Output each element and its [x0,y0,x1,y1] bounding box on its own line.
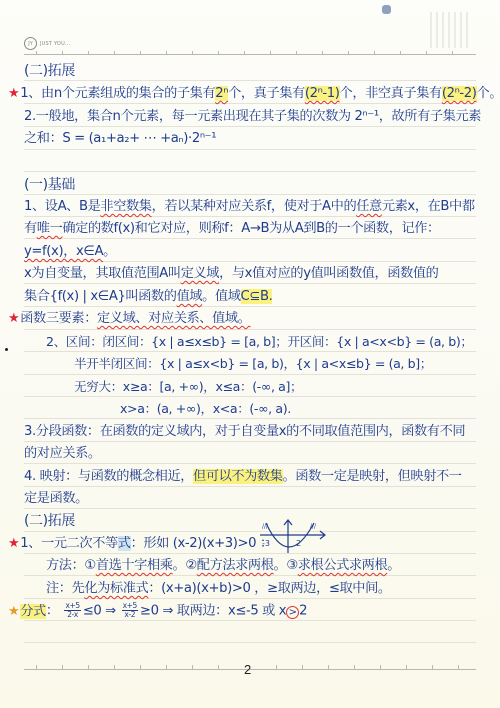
ruler-tick [192,665,193,669]
step-number: ② [185,558,196,573]
mapping-line-2: 定是函数。 [24,490,484,508]
ruler-tick [218,51,219,55]
item-label: 方法： [46,558,84,573]
ruler-tick [426,51,427,55]
highlight-proper-subsets: (2ⁿ-1) [305,86,340,101]
item-label: 注：先 [46,581,84,596]
method-step: 求根公式求两根 [298,558,388,573]
circled-symbol: > [286,606,299,619]
ruler-tick [276,665,277,669]
page-number: 2 [244,662,251,677]
method-step: 配方法求两根 [197,558,274,573]
ruled-line [24,441,476,442]
domain-definition-line-2: 集合{f(x) | x∈A}叫函数的值域。值域C⊆B. [24,288,484,306]
ruled-line [24,149,476,150]
item-text: ：(x+a)(x+b)>0 ，≥取两边，≤取中间。 [148,581,390,596]
fraction-inequality-line: ★分式： x+52-x≤0 ⇒ x+5x-2≥0 ⇒ 取两边：x≤-5 或 x>… [8,602,468,621]
item-text: 。值域 [202,289,240,304]
underlined-term: 唯一 [37,221,63,236]
ruler-tick [322,51,323,55]
item-text: 个，非空真子集有 [340,86,442,101]
item-text: 1、一元二次不等 [20,536,118,551]
ruler-tick [400,51,401,55]
separator: 。 [274,558,287,573]
ruler-tick [380,665,381,669]
highlight-blue: 式 [118,536,131,551]
subset-sum-item: 2.一般地，集合n个元素，每一元素出现在其子集的次数为 2ⁿ⁻¹，故所有子集元素 [24,108,484,126]
ruler-tick [354,665,355,669]
function-notation: y=f(x)，x∈A。 [24,243,484,261]
ruler-tick [36,51,37,55]
ruler-tick [62,51,63,55]
intervals-line-2: 半开半闭区间：{x | a≤x<b} = [a, b)，{x | a<x≤b} … [74,355,500,373]
ruler-tick [458,665,459,669]
svg-text:2: 2 [296,539,301,548]
fraction-2: x+5x-2 [122,602,138,619]
star-icon: ★ [8,604,19,619]
item-text: 有 [24,221,37,236]
header-rule [24,54,476,55]
quadratic-inequality-line: ★1、一元二次不等式：形如 (x-2)(x+3)>0 ： [8,535,468,553]
ruler-tick [296,51,297,55]
ruled-line [24,374,476,375]
item-label: 函数三要素： [20,311,97,326]
fraction-1: x+52-x [64,602,80,619]
ruler-tick [348,51,349,55]
item-text: ，若以某种对应关系f，使对于A中的 [152,199,357,214]
highlight-range-subset: C⊆B. [241,289,273,304]
ruler-tick [166,51,167,55]
mapping-line-1: 4. 映射：与函数的概念相近，但可以不为数集。函数一定是映射，但映射不一 [24,468,484,486]
ruled-line [24,598,476,599]
ruled-line [24,396,476,397]
ruler-tick [88,665,89,669]
highlight-subsets: 2ⁿ [215,86,228,101]
item-text: 。函数一定是映射，但映射不一 [283,469,462,484]
section-heading-extension-2: (二)拓展 [24,512,484,530]
intervals-line-4: x>a：(a, +∞)，x<a：(-∞, a). [120,400,500,418]
ruler-tick [270,51,271,55]
fraction-denominator: x-2 [122,611,138,619]
item-text: 确定的数f(x)和它对应，则称f：A→B为从A到B的一个函数，记作： [62,221,439,236]
ruled-line [24,463,476,464]
ruled-line [24,306,476,307]
item-text: ≥0 ⇒ 取两边：x≤-5 或 x [140,604,286,619]
ruled-line [24,238,476,239]
highlight-fraction-label: 分式 [20,604,46,619]
item-text: 个，真子集有 [228,86,305,101]
brand-text: JUST YOU... [40,41,70,47]
ruled-line [24,351,476,352]
separator: 。 [173,558,186,573]
piecewise-line-2: 的对应关系。 [24,445,484,463]
fraction-denominator: 2-x [64,611,80,619]
notebook-page: JY JUST YOU... (二)拓展 ★1、由n个元素组成的集合的子集有2ⁿ… [0,0,500,708]
underlined-term: 定义域、对应关系、值域。 [97,311,250,326]
underlined-term: 值域 [177,289,203,304]
piecewise-line-1: 3.分段函数：在函数的定义域内，对于自变量x的不同取值范围内，函数有不同 [24,423,484,441]
ruler-tick [166,665,167,669]
ruler-tick [114,51,115,55]
star-icon: ★ [8,311,19,326]
item-text: 由n个元素组成的集合的子集有 [41,86,215,101]
underlined-term: 化为标准式 [84,581,148,596]
ruled-line [24,575,476,576]
intervals-line-1: 2、区间：闭区间：{x | a≤x≤b} = [a, b]；开区间：{x | a… [46,333,500,351]
ruled-line [24,103,476,104]
separator: 。 [387,558,400,573]
step-number: ① [84,558,95,573]
star-icon: ★ [8,536,19,551]
ruled-line [24,171,476,172]
underlined-term: 非空数集 [100,199,151,214]
ruled-line [24,418,476,419]
ruler-tick [140,665,141,669]
item-text: ：形如 (x-2)(x+3)>0 ： [131,536,273,551]
ruled-line [24,283,476,284]
ruler-tick [218,665,219,669]
ruler-tick [432,665,433,669]
ruler-tick [88,51,89,55]
svg-text:///: /// [262,523,269,530]
domain-definition-line-1: x为自变量，其取值范围A叫定义域，与x值对应的y值叫函数值，函数值的 [24,265,484,283]
three-elements-line: ★函数三要素：定义域、对应关系、值域。 [8,310,468,328]
notebook-brand: JY JUST YOU... [24,37,70,50]
ruler-tick [36,665,37,669]
margin-dot [5,348,8,351]
highlight-nonempty-proper-subsets: (2ⁿ-2) [442,86,477,101]
item-text: 个。 [477,86,500,101]
item-number: 1、 [20,86,41,101]
function-definition-line-2: 有唯一确定的数f(x)和它对应，则称f：A→B为从A到B的一个函数，记作： [24,220,484,238]
ruled-line [24,126,476,127]
subset-count-item: ★1、由n个元素组成的集合的子集有2ⁿ个，真子集有(2ⁿ-1)个，非空真子集有(… [8,85,468,103]
separator: ： [46,604,59,619]
ink-smudge [382,5,391,14]
subset-sum-formula: 之和：S = (a₁+a₂+ ⋯ +aₙ)·2ⁿ⁻¹ [24,130,484,148]
function-formula: y=f(x)，x∈A [24,244,103,259]
step-number: ③ [286,558,297,573]
ruled-line [24,261,476,262]
item-text: 一般地，集合n个元素，每一元素出现在其子集的次数为 2ⁿ⁻¹，故所有子集元素 [36,109,481,124]
ruler-tick [302,665,303,669]
ruler-tick [406,665,407,669]
method-step: 首选十字相乘 [96,558,173,573]
highlight-not-number-set: 但可以不为数集 [193,469,283,484]
bleed-through-mark [430,12,470,48]
underlined-term: 定义域 [181,266,219,281]
star-icon: ★ [8,86,19,101]
section-heading-basics: (一)基础 [24,176,484,194]
item-text: 2 [299,604,307,619]
ruled-line [24,80,476,81]
brand-logo-icon: JY [24,37,37,50]
ruler-tick [374,51,375,55]
note-line: 注：先化为标准式：(x+a)(x+b)>0 ，≥取两边，≤取中间。 [46,580,500,598]
item-text: 1、设A、B是 [24,199,100,214]
item-text: 集合{f(x) | x∈A}叫函数的 [24,289,177,304]
ruled-line [24,329,476,330]
ruled-line [24,486,476,487]
item-text: 4. 映射：与函数的概念相近， [24,469,193,484]
ruled-line [24,216,476,217]
ruler-tick [244,51,245,55]
intervals-line-3: 无穷大：x≥a：[a, +∞)，x≤a：(-∞, a]； [74,378,500,396]
ruled-line [24,194,476,195]
item-text: 元素x，在B中都 [382,199,475,214]
function-definition-line-1: 1、设A、B是非空数集，若以某种对应关系f，使对于A中的任意元素x，在B中都 [24,198,484,216]
ruler-tick [114,665,115,669]
ruled-line [24,553,476,554]
method-line: 方法：①首选十字相乘。②配方法求两根。③求根公式求两根。 [46,557,500,575]
ruler-tick [328,665,329,669]
ruler-tick [192,51,193,55]
ruler-tick [62,665,63,669]
ruled-line [24,642,476,643]
item-text: ≤0 ⇒ [83,604,116,619]
ruler-tick [140,51,141,55]
ruled-line [24,508,476,509]
parabola-sketch-icon: /// /// -3 2 [258,519,328,555]
item-text: ，与x值对应的y值叫函数值，函数值的 [219,266,438,281]
ruler-tick [452,51,453,55]
svg-text:///: /// [310,523,317,530]
section-heading-extension-1: (二)拓展 [24,62,484,80]
svg-text:-3: -3 [262,539,270,548]
ruled-line [24,531,476,532]
item-text: x为自变量，其取值范围A叫 [24,266,181,281]
item-number: 2. [24,109,36,124]
item-text: 。 [103,244,116,259]
underlined-term: 任意 [356,199,382,214]
